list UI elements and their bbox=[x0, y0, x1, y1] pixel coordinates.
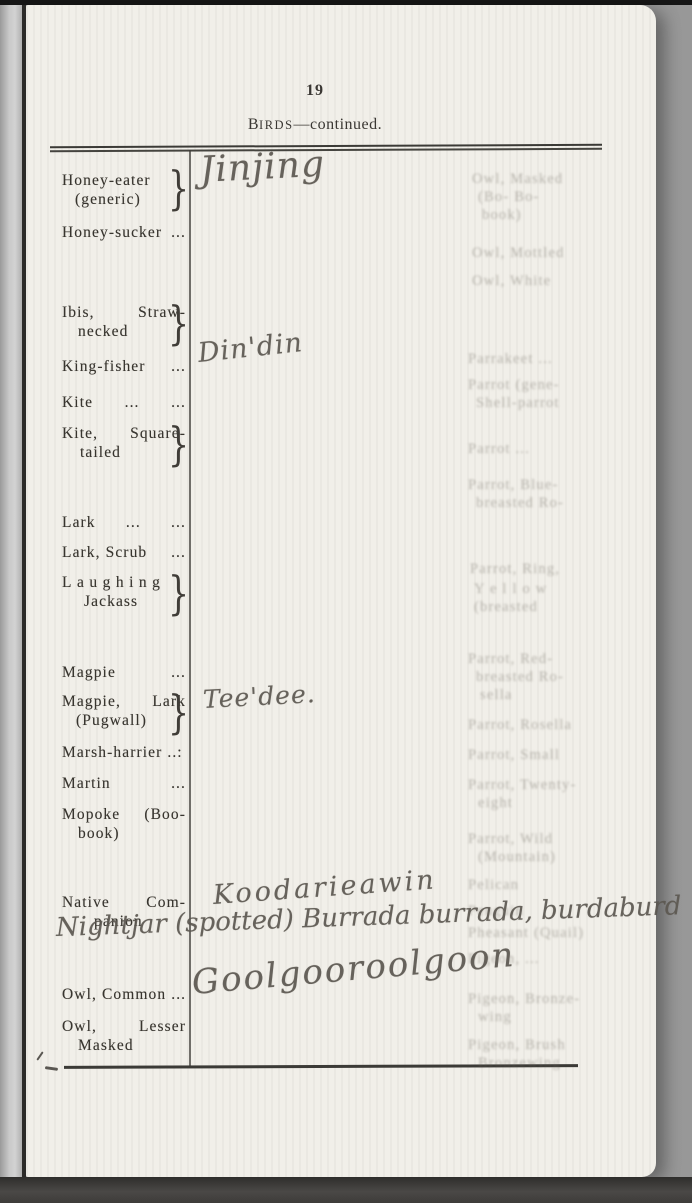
bleedthrough-ghost-text: Parrot (gene- bbox=[468, 377, 560, 394]
bird-name-text: Martin bbox=[62, 774, 111, 793]
bird-name-text: Marsh-harrier ..: bbox=[62, 744, 183, 761]
dot-leader: ... bbox=[171, 223, 186, 242]
bird-entry-line: Mopoke(Boo- bbox=[62, 805, 186, 824]
bleedthrough-ghost-text: breasted Ro- bbox=[476, 495, 564, 512]
dot-leader: ... bbox=[125, 393, 140, 412]
document-page: 19 BIRDS—continued. Owl, Masked(Bo- Bo-b… bbox=[26, 5, 656, 1177]
bird-entry-line: Marsh-harrier ..: bbox=[62, 743, 186, 762]
bird-name-text: Lesser bbox=[139, 1017, 186, 1036]
bleedthrough-ghost-text: Pelican bbox=[468, 877, 519, 894]
bleedthrough-ghost-text: breasted Ro- bbox=[476, 669, 564, 686]
bleedthrough-ghost-text: Owl, Masked bbox=[472, 171, 563, 188]
bird-name-text: Laughing bbox=[62, 574, 165, 591]
bird-entry: Owl, Common ... bbox=[62, 985, 186, 1004]
section-title-initial: B bbox=[248, 116, 259, 133]
grouping-brace-glyph: } bbox=[168, 165, 184, 211]
page-number: 19 bbox=[26, 82, 604, 100]
bleedthrough-ghost-text: Parrot, Blue- bbox=[468, 477, 559, 494]
bleedthrough-ghost-text: Owl, White bbox=[472, 273, 551, 290]
bird-name-text: (Boo- bbox=[144, 805, 186, 824]
bird-entry-line: Lark, Scrub... bbox=[62, 543, 186, 562]
bird-entry: King-fisher... bbox=[62, 357, 186, 376]
bleedthrough-ghost-text: (Bo- Bo- bbox=[478, 189, 540, 206]
scan-left-margin bbox=[0, 0, 23, 1203]
bleedthrough-ghost-text: Parrot ... bbox=[468, 441, 530, 458]
bleedthrough-ghost-text: Parrot, Small bbox=[468, 747, 560, 764]
bird-entry-line: Kite...... bbox=[62, 393, 186, 412]
bird-entry-line: Owl,Lesser bbox=[62, 1017, 186, 1036]
bird-name-text: Lark bbox=[62, 513, 96, 532]
bird-entry-line: Lark...... bbox=[62, 513, 186, 532]
bird-entry-line: book) bbox=[62, 824, 186, 843]
bleedthrough-ghost-text: Parrot, Red- bbox=[468, 651, 553, 668]
bird-name-text: Kite, bbox=[62, 424, 98, 443]
bird-entry-line: Magpie... bbox=[62, 663, 186, 682]
bird-name-text: Native bbox=[62, 893, 110, 912]
scanned-book-page: 19 BIRDS—continued. Owl, Masked(Bo- Bo-b… bbox=[0, 0, 692, 1203]
bird-entry: Kite...... bbox=[62, 393, 186, 412]
bird-entry: Honey-sucker... bbox=[62, 223, 186, 242]
grouping-brace-glyph: } bbox=[168, 300, 184, 346]
grouping-brace-glyph: } bbox=[168, 689, 184, 735]
dot-leader: ... bbox=[171, 543, 186, 562]
bird-entry: Owl,LesserMasked bbox=[62, 1017, 186, 1055]
section-title-smallcaps: IRDS bbox=[259, 118, 293, 132]
bleedthrough-ghost-text: Shell-parrot bbox=[476, 395, 560, 412]
bleedthrough-ghost-text: eight bbox=[478, 795, 513, 812]
bird-entry: Lark...... bbox=[62, 513, 186, 532]
bird-entry-line: Martin... bbox=[62, 774, 186, 793]
bird-name-text: Honey-eater bbox=[62, 172, 151, 189]
bleedthrough-ghost-text: Pigeon, Brush bbox=[468, 1037, 566, 1054]
table-top-rule bbox=[50, 144, 602, 152]
bleedthrough-ghost-text: Owl, Mottled bbox=[472, 245, 565, 262]
pencil-mark bbox=[36, 1051, 43, 1060]
bird-name-text: book) bbox=[78, 825, 120, 842]
bird-name-text: (Pugwall) bbox=[76, 712, 147, 729]
section-title-suffix: —continued. bbox=[294, 116, 383, 133]
bird-entry: Lark, Scrub... bbox=[62, 543, 186, 562]
handwritten-native-name: Tee'dee. bbox=[202, 679, 316, 714]
pencil-mark bbox=[45, 1066, 58, 1070]
bird-name-text: King-fisher bbox=[62, 357, 146, 376]
bleedthrough-ghost-text: book) bbox=[482, 207, 522, 224]
bird-name-text: Honey-sucker bbox=[62, 223, 162, 242]
bleedthrough-ghost-text: (Mountain) bbox=[478, 849, 556, 866]
bird-name-text: necked bbox=[78, 323, 129, 340]
bleedthrough-ghost-text: wing bbox=[478, 1009, 512, 1026]
bird-name-text: Owl, Common ... bbox=[62, 986, 186, 1003]
dot-leader: ... bbox=[126, 513, 141, 532]
bleedthrough-ghost-text: Pigeon, Bronze- bbox=[468, 991, 580, 1008]
bleedthrough-ghost-text: Parrakeet ... bbox=[468, 351, 553, 368]
bird-name-text: (generic) bbox=[75, 191, 141, 208]
bird-entry-line: Owl, Common ... bbox=[62, 985, 186, 1004]
bird-entry: Mopoke(Boo-book) bbox=[62, 805, 186, 843]
dot-leader: ... bbox=[171, 393, 186, 412]
bleedthrough-ghost-text: Parrot, Rosella bbox=[468, 717, 572, 734]
dot-leader: ... bbox=[171, 663, 186, 682]
bird-name-text: Magpie bbox=[62, 663, 116, 682]
bleedthrough-ghost-text: Bronzewing bbox=[478, 1055, 561, 1072]
bird-name-text: Magpie, bbox=[62, 692, 121, 711]
bird-name-text: Masked bbox=[78, 1037, 134, 1054]
handwritten-native-name: Jinjing bbox=[199, 143, 326, 190]
grouping-brace-glyph: } bbox=[168, 570, 184, 616]
bird-entry-line: King-fisher... bbox=[62, 357, 186, 376]
grouping-brace-glyph: } bbox=[168, 421, 184, 467]
bird-entry: Magpie... bbox=[62, 663, 186, 682]
bleedthrough-ghost-text: Parrot, Wild bbox=[468, 831, 553, 848]
dot-leader: ... bbox=[171, 774, 186, 793]
bird-name-text: Owl, bbox=[62, 1017, 97, 1036]
bleedthrough-ghost-text: (breasted bbox=[474, 599, 538, 616]
bird-name-text: Jackass bbox=[84, 593, 138, 610]
bird-name-text: tailed bbox=[80, 444, 121, 461]
bird-entry-line: Honey-sucker... bbox=[62, 223, 186, 242]
section-heading: BIRDS—continued. bbox=[26, 116, 604, 134]
bird-name-text: Ibis, bbox=[62, 303, 95, 322]
bleedthrough-ghost-text: Parrot, Ring, bbox=[470, 561, 560, 578]
bird-entry: Martin... bbox=[62, 774, 186, 793]
bleedthrough-ghost-text: sella bbox=[480, 687, 513, 704]
dot-leader: ... bbox=[171, 513, 186, 532]
bird-name-text: Lark, Scrub bbox=[62, 543, 147, 562]
handwritten-native-name: Din'din bbox=[196, 327, 304, 369]
bird-entry-line: Masked bbox=[62, 1036, 186, 1055]
bird-entry: Marsh-harrier ..: bbox=[62, 743, 186, 762]
bleedthrough-ghost-text: Parrot, Twenty- bbox=[468, 777, 577, 794]
dot-leader: ... bbox=[171, 357, 186, 376]
bleedthrough-ghost-text: Y e l l o w bbox=[474, 581, 547, 598]
bird-name-text: Mopoke bbox=[62, 805, 120, 824]
scan-bottom-edge bbox=[0, 1177, 692, 1203]
bird-name-text: Kite bbox=[62, 393, 93, 412]
